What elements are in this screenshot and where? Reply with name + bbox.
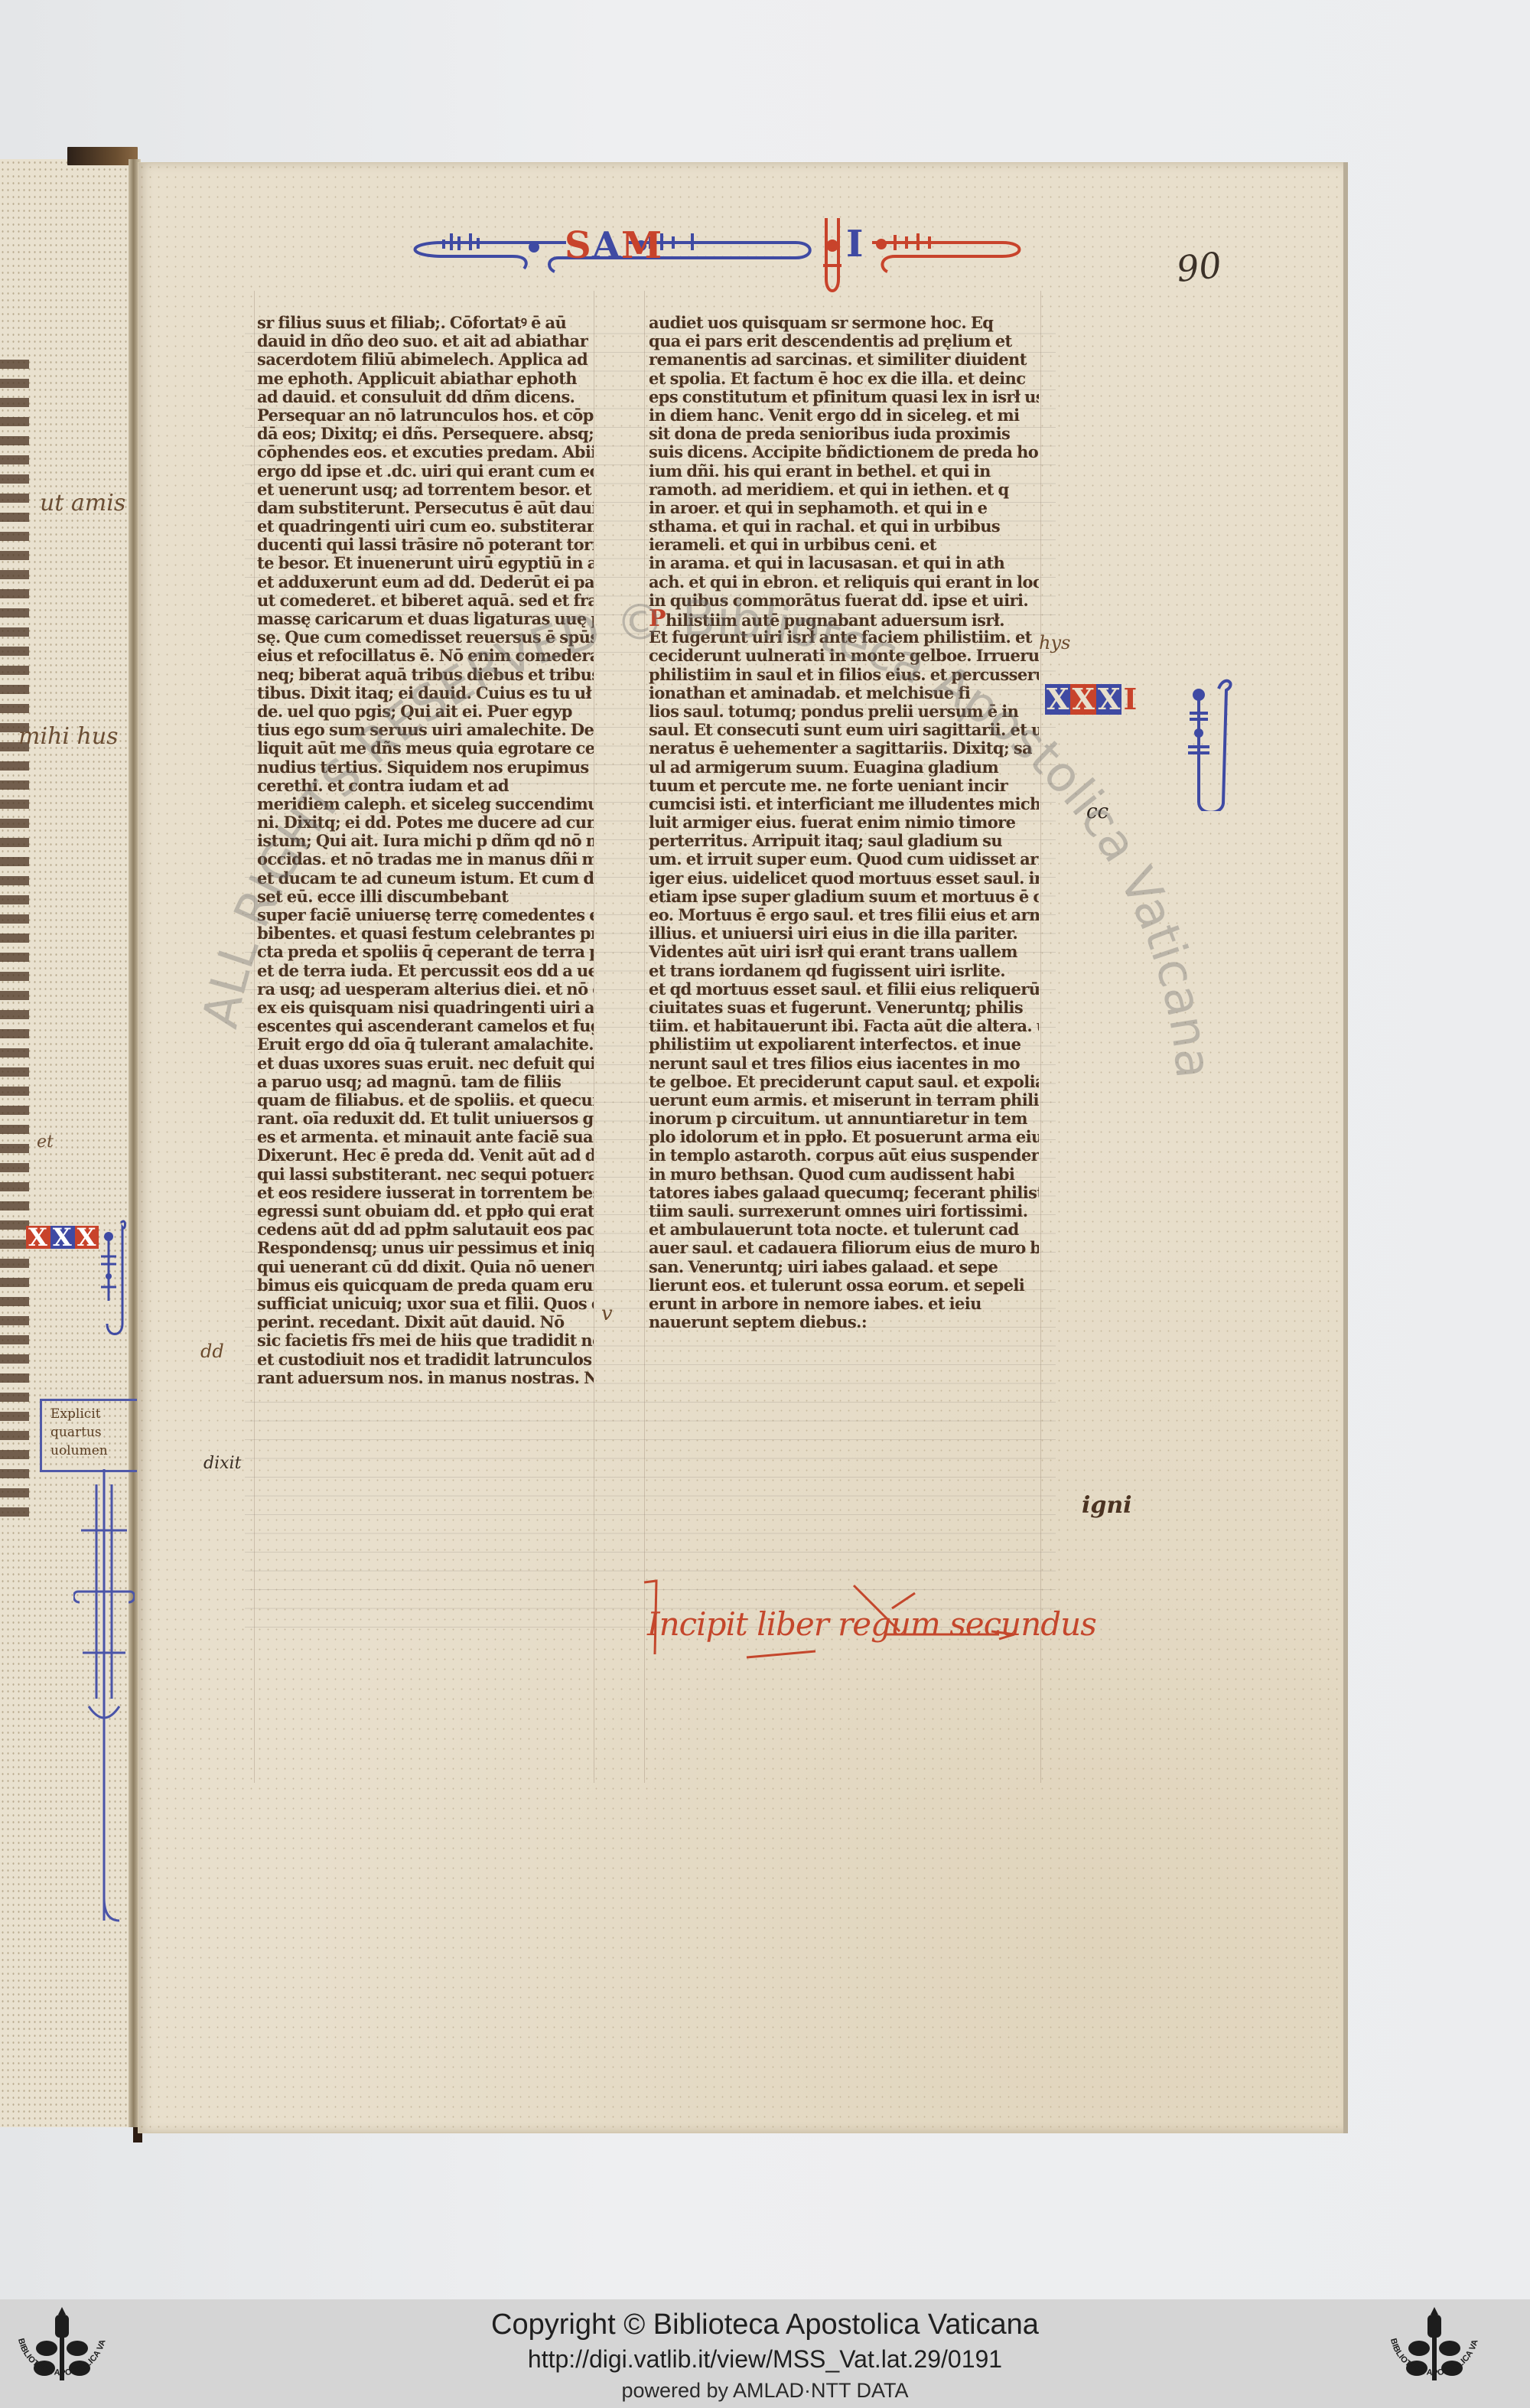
text-line: Philistiim autē pugnabant aduersum isrł. [649, 610, 1039, 628]
text-line: occidas. et nō tradas me in manus dñi me… [257, 850, 594, 868]
text-line: rant. oīa reduxit dd. Et tulit uniuersos… [257, 1110, 594, 1128]
text-line: me ephoth. Applicuit abiathar ephoth [257, 370, 594, 388]
text-line: etiam ipse super gladium suum et mortuus… [649, 888, 1039, 906]
text-line: tibus. Dixit itaq; ei dauid. Cuius es tu… [257, 684, 594, 702]
explicit-line: uolumen [50, 1442, 135, 1460]
ruling-vertical [644, 291, 645, 1783]
text-line: san. Veneruntq; uiri iabes galaad. et se… [649, 1258, 1039, 1276]
text-line: qua ei pars erit descendentis ad pręlium… [649, 332, 1039, 350]
text-line: in diem hanc. Venit ergo dd in siceleg. … [649, 406, 1039, 425]
text-line: neq; biberat aquā tribus diebus et tribu… [257, 666, 594, 684]
text-line: et de terra iuda. Et percussit eos dd a … [257, 962, 594, 980]
running-header-left-a: A [592, 227, 620, 264]
text-line: ad dauid. et consuluit dd dñm dicens. [257, 388, 594, 406]
text-line: ciuitates suas et fugerunt. Veneruntq; p… [649, 999, 1039, 1017]
text-line: ut comederet. et biberet aquā. sed et fr… [257, 591, 594, 610]
text-line: sic facietis fr̄s mei de hiis que tradid… [257, 1331, 594, 1350]
margin-note: cc [1086, 800, 1108, 823]
text-line: ni. Dixitq; ei dd. Potes me ducere ad cu… [257, 813, 594, 832]
vatican-library-logo-right: BIBLIOTECA APOSTOLICA VATICANA [1377, 2304, 1492, 2405]
chapter-marker-x3: X [1096, 684, 1121, 715]
text-line: escentes qui ascenderant camelos et fuge… [257, 1017, 594, 1035]
left-margin-note: et [37, 1132, 54, 1152]
text-line: tius ego sum seruus uiri amalechite. Der… [257, 721, 594, 739]
margin-note: hys [1039, 632, 1070, 653]
text-line: eps constitutum et pfinitum quasi lex in… [649, 388, 1039, 406]
text-line: nudius tertius. Siquidem nos erupimus ad… [257, 758, 594, 777]
text-line: plo idolorum et in ppło. Et posuerunt ar… [649, 1128, 1039, 1146]
text-line: de. uel quo pgis; Qui ait ei. Puer egyp [257, 702, 594, 721]
left-stem-ornament [73, 1469, 135, 1928]
text-line: tiim. et habitauerunt ibi. Facta aūt die… [649, 1017, 1039, 1035]
text-column-1: sr filius suus et filiab;. Cōfortatꝰ ē a… [257, 314, 594, 1387]
text-line: saul. Et consecuti sunt eum uiri sagitta… [649, 721, 1039, 739]
text-line: luit armiger eius. fuerat enim nimio tim… [649, 813, 1039, 832]
text-line: tiim sauli. surrexerunt omnes uiri forti… [649, 1202, 1039, 1220]
text-line: te gelboe. Et preciderunt caput saul. et… [649, 1073, 1039, 1091]
text-line: Eruit ergo dd oīa q̄ tulerant amalachite… [257, 1035, 594, 1054]
chapter-marker-x1: X [1045, 684, 1070, 715]
chapter-flourish-ornament [1182, 673, 1235, 811]
running-header-left-m: M [621, 227, 662, 264]
text-line: a paruo usq; ad magnū. tam de filiis [257, 1073, 594, 1091]
text-line: istum; Qui ait. Iura michi p dñm qd nō m… [257, 832, 594, 850]
text-line: in arama. et qui in lacusasan. et qui in… [649, 554, 1039, 572]
text-line: remanentis ad sarcinas. et similiter diu… [649, 350, 1039, 369]
left-flourish-ornament [99, 1217, 127, 1339]
text-line: um. et irruit super eum. Quod cum uidiss… [649, 850, 1039, 868]
text-line: te besor. Et inuenerunt uirū egyptiū in … [257, 554, 594, 572]
text-line: rant aduersum nos. in manus nostras. Neq… [257, 1369, 594, 1387]
text-line: qui uenerant cū dd dixit. Quia nō ueneru… [257, 1258, 594, 1276]
running-header-flourishes [398, 218, 1071, 302]
text-line: et quadringenti uiri cum eo. substiteran… [257, 517, 594, 536]
text-line: sacerdotem filiū abimelech. Applica ad [257, 350, 594, 369]
text-line: lierunt eos. et tulerunt ossa eorum. et … [649, 1276, 1039, 1295]
margin-note: dd [200, 1341, 224, 1362]
incipit-rubric: Incipit liber regum secundus [640, 1578, 1037, 1662]
text-line: set eū. ecce illi discumbebant [257, 888, 594, 906]
text-line: Respondensq; unus uir pessimus et iniquu… [257, 1239, 594, 1257]
text-line: qui lassi substiterant. nec sequi potuer… [257, 1165, 594, 1184]
left-page-text-fragment [0, 360, 29, 1523]
viewer-footer: BIBLIOTECA APOSTOLICA VATICANA Copyright… [0, 2299, 1530, 2408]
explicit-line: quartus [50, 1423, 135, 1442]
text-line: et ambulauerunt tota nocte. et tulerunt … [649, 1220, 1039, 1239]
text-line: inorum p circuitum. ut annuntiaretur in … [649, 1110, 1039, 1128]
text-line: bimus eis quicquam de preda quam eruimus… [257, 1276, 594, 1295]
text-line: ramoth. ad meridiem. et qui in iethen. e… [649, 481, 1039, 499]
text-line: in quibus commorātus fuerat dd. ipse et … [649, 591, 1039, 610]
explicit-line: Explicit [50, 1405, 135, 1423]
text-line: in templo astaroth. corpus aūt eius susp… [649, 1146, 1039, 1165]
text-line: neratus ē uehementer a sagittariis. Dixi… [649, 739, 1039, 758]
running-header-left-s: S [565, 227, 591, 264]
text-line: et ducam te ad cuneum istum. Et cum duxi… [257, 869, 594, 888]
margin-note: igni [1082, 1492, 1132, 1519]
text-line: cumcisi isti. et interficiant me illuden… [649, 795, 1039, 813]
text-line: philistiim in saul et in filios eius. et… [649, 666, 1039, 684]
text-line: philistiim ut expoliarent interfectos. e… [649, 1035, 1039, 1054]
text-line: Dixerunt. Hec ē preda dd. Venit aūt ad d… [257, 1146, 594, 1165]
text-line: lios saul. totumq; pondus prelii uersum … [649, 702, 1039, 721]
text-line: ierameli. et qui in urbibus ceni. et [649, 536, 1039, 554]
text-line: dam substiterunt. Persecutus ē aūt dauid… [257, 499, 594, 517]
binding-edge-top [67, 147, 138, 165]
text-line: eius et refocillatus ē. Nō enim comedera… [257, 647, 594, 665]
text-line: et spolia. Et factum ē hoc ex die illa. … [649, 370, 1039, 388]
text-line: bibentes. et quasi festum celebrantes pr… [257, 924, 594, 943]
folio-number: 90 [1174, 244, 1223, 290]
text-line: et adduxerunt eum ad dd. Dederūt ei panē [257, 573, 594, 591]
chapter-marker: X X X I [1045, 684, 1138, 715]
text-line: dauid in dño deo suo. et ait ad abiathar [257, 332, 594, 350]
margin-note: v [601, 1302, 613, 1325]
running-header: S A M I [398, 218, 1071, 302]
left-margin-note: ut amis [40, 490, 125, 516]
text-line: super faciē uniuersę terrę comedentes et [257, 906, 594, 924]
text-line: tatores iabes galaad quecumq; fecerant p… [649, 1184, 1039, 1202]
text-line: nerunt saul et tres filios eius iacentes… [649, 1054, 1039, 1073]
ruling-vertical [594, 291, 594, 1783]
text-line: sufficiat unicuiq; uxor sua et filii. Qu… [257, 1295, 594, 1313]
ruling-vertical [1040, 291, 1041, 1783]
text-line: cōphendes eos. et excuties predam. Abiit [257, 443, 594, 461]
margin-note: dixit [203, 1454, 241, 1473]
text-line: ra usq; ad uesperam alterius diei. et nō… [257, 980, 594, 999]
text-line: ium dñi. his qui erant in bethel. et qui… [649, 462, 1039, 481]
text-line: illius. et uniuersi uiri eius in die ill… [649, 924, 1039, 943]
text-line: ach. et qui in ebron. et reliquis qui er… [649, 573, 1039, 591]
text-line: et trans iordanem qd fugissent uiri isrl… [649, 962, 1039, 980]
text-line: et eos residere iusserat in torrentem be… [257, 1184, 594, 1202]
text-line: ionathan et aminadab. et melchisue fi [649, 684, 1039, 702]
svg-text:BIBLIOTECA APOSTOLICA VATICANA: BIBLIOTECA APOSTOLICA VATICANA [1377, 2304, 1480, 2377]
text-line: massę caricarum et duas ligaturas uuę pa… [257, 610, 594, 628]
text-line: suis dicens. Accipite bñdictionem de pre… [649, 443, 1039, 461]
left-chapter-marker: XXX [26, 1226, 99, 1249]
text-line: auer saul. et cadauera filiorum eius de … [649, 1239, 1039, 1257]
running-header-right: I [846, 226, 863, 262]
footer-powered-by: powered by AMLAD·NTT DATA [0, 2379, 1530, 2403]
incipit-text: Incipit liber regum secundus [647, 1605, 1096, 1643]
chapter-marker-x2: X [1070, 684, 1095, 715]
text-line: sit dona de preda senioribus iuda proxim… [649, 425, 1039, 443]
text-line: et duas uxores suas eruit. nec defuit qu… [257, 1054, 594, 1073]
text-line: sr filius suus et filiab;. Cōfortatꝰ ē a… [257, 314, 594, 332]
text-line: cta preda et spoliis q̄ ceperant de terr… [257, 943, 594, 961]
footer-url[interactable]: http://digi.vatlib.it/view/MSS_Vat.lat.2… [0, 2345, 1530, 2374]
text-line: sę. Que cum comedisset reuersus ē spūs [257, 628, 594, 647]
text-line: et qd mortuus esset saul. et filii eius … [649, 980, 1039, 999]
text-line: meridiem caleph. et siceleg succendimus … [257, 795, 594, 813]
text-column-2: audiet uos quisquam sr sermone hoc. Eqqu… [649, 314, 1039, 1331]
text-line: audiet uos quisquam sr sermone hoc. Eq [649, 314, 1039, 332]
text-line: perint. recedant. Dixit aūt dauid. Nō [257, 1313, 594, 1331]
text-line: cedens aūt dd ad ppłm salutauit eos paci… [257, 1220, 594, 1239]
text-line: eo. Mortuus ē ergo saul. et tres filii e… [649, 906, 1039, 924]
text-line: es et armenta. et minauit ante faciē sua… [257, 1128, 594, 1146]
text-line: ul ad armigerum suum. Euagina gladium [649, 758, 1039, 777]
text-line: Videntes aūt uiri isrł qui erant trans u… [649, 943, 1039, 961]
text-line: nauerunt septem diebus.: [649, 1313, 1039, 1331]
left-margin-note: mihi hus [18, 723, 119, 750]
text-line: dā eos; Dixitq; ei dñs. Persequere. absq… [257, 425, 594, 443]
chapter-marker-i: I [1121, 684, 1138, 715]
page-edge [1343, 162, 1348, 2133]
text-line: Et fugerunt uiri isrł ante faciem philis… [649, 628, 1039, 647]
text-line: et custodiuit nos et tradidit latrunculo… [257, 1351, 594, 1369]
footer-copyright: Copyright © Biblioteca Apostolica Vatica… [0, 2309, 1530, 2341]
text-line: quam de filiabus. et de spoliis. et quec… [257, 1091, 594, 1110]
ruling-vertical [254, 291, 255, 1783]
text-line: perterritus. Arripuit itaq; saul gladium… [649, 832, 1039, 850]
text-line: ceciderunt uulnerati in monte gelboe. Ir… [649, 647, 1039, 665]
text-line: erunt in arbore in nemore iabes. et ieiu [649, 1295, 1039, 1313]
text-line: liquit aūt me dñs meus quia egrotare cep… [257, 739, 594, 758]
text-line: tuum et percute me. ne forte ueniant inc… [649, 777, 1039, 795]
text-line: in muro bethsan. Quod cum audissent habi [649, 1165, 1039, 1184]
text-line: Persequar an nō latrunculos hos. et cōph… [257, 406, 594, 425]
text-line: egressi sunt obuiam dd. et ppło qui erat… [257, 1202, 594, 1220]
text-line: cerethi. et contra iudam et ad [257, 777, 594, 795]
text-line: in aroer. et qui in sephamoth. et qui in… [649, 499, 1039, 517]
explicit-box-text: Explicit quartus uolumen [50, 1405, 135, 1460]
text-line: et uenerunt usq; ad torrentem besor. et … [257, 481, 594, 499]
text-line: sthama. et qui in rachal. et qui in urbi… [649, 517, 1039, 536]
text-line: ergo dd ipse et .dc. uiri qui erant cum … [257, 462, 594, 481]
text-line: iger eius. uidelicet quod mortuus esset … [649, 869, 1039, 888]
text-line: uerunt eum armis. et miserunt in terram … [649, 1091, 1039, 1110]
text-line: ducenti qui lassi trāsire nō poterant to… [257, 536, 594, 554]
text-line: ex eis quisquam nisi quadringenti uiri a… [257, 999, 594, 1017]
